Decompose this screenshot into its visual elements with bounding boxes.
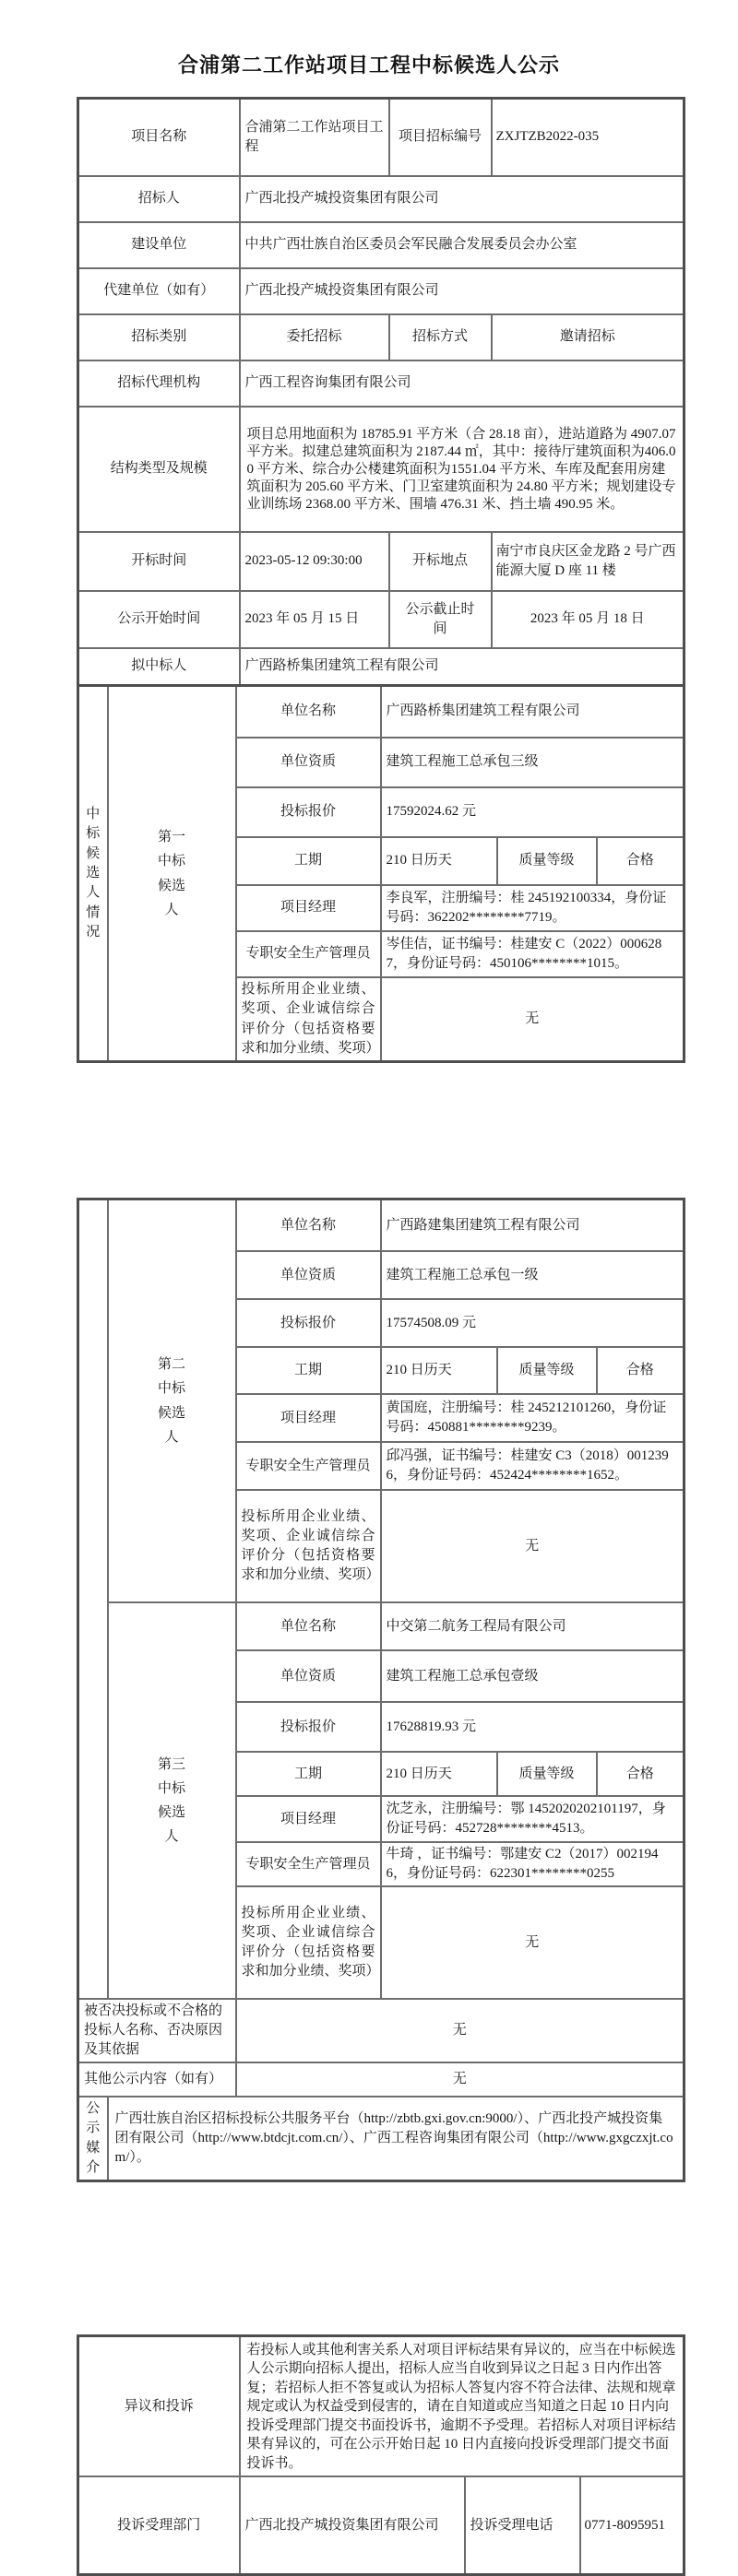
candidate-3-duration: 210 日历天 <box>381 1752 497 1796</box>
row-notice-dates: 公示开始时间 2023 年 05 月 15 日 公示截止时间 2023 年 05… <box>78 591 684 648</box>
candidate-1-pm: 李良军，注册编号：桂 245192100334，身份证号码：362202****… <box>381 885 684 931</box>
structure-value: 项目总用地面积为 18785.91 平方米（合 28.18 亩），进站道路为 4… <box>240 407 684 532</box>
candidate-2-unit-name: 广西路建集团建筑工程有限公司 <box>381 1199 684 1252</box>
page-title: 合浦第二工作站项目工程中标候选人公示 <box>0 0 738 78</box>
notice-start-label: 公示开始时间 <box>78 591 240 648</box>
candidate-1-unit-qual: 建筑工程施工总承包三级 <box>381 738 684 787</box>
unit-name-label: 单位名称 <box>236 1602 381 1650</box>
proposed-winner-value: 广西路桥集团建筑工程有限公司 <box>240 648 684 686</box>
other-content-label: 其他公示内容（如有） <box>78 2062 236 2097</box>
complaint-row: 投诉受理部门 广西北投产城投资集团有限公司 投诉受理电话 0771-809595… <box>78 2476 684 2575</box>
candidate-2-rank: 第二中标候选人 <box>108 1199 236 1603</box>
agent-value: 广西北投产城投资集团有限公司 <box>240 268 684 314</box>
candidate-2-safety: 邱冯强，证书编号：桂建安 C3（2018）0012396，身份证号码：45242… <box>381 1442 684 1490</box>
builder-label: 建设单位 <box>78 222 240 268</box>
quality-label: 质量等级 <box>497 837 597 885</box>
candidate-2-bid-price: 17574508.09 元 <box>381 1299 684 1347</box>
safety-officer-label: 专职安全生产管理员 <box>236 931 381 977</box>
candidates-section-column <box>78 1199 108 2000</box>
agency-label: 招标代理机构 <box>78 360 240 407</box>
agent-label: 代建单位（如有） <box>78 268 240 314</box>
open-place-label: 开标地点 <box>389 532 492 591</box>
row-structure: 结构类型及规模 项目总用地面积为 18785.91 平方米（合 28.18 亩）… <box>78 407 684 532</box>
performance-label: 投标所用企业业绩、奖项、企业诚信综合评价分（包括资格要求和加分业绩、奖项） <box>236 1886 381 1999</box>
duration-label: 工期 <box>236 1347 381 1394</box>
tenderer-label: 招标人 <box>78 176 240 222</box>
objection-value: 若投标人或其他利害关系人对项目评标结果有异议的，应当在中标候选人公示期向招标人提… <box>240 2336 684 2477</box>
bid-code-label: 项目招标编号 <box>389 99 492 177</box>
duration-label: 工期 <box>236 837 381 885</box>
proposed-winner-label: 拟中标人 <box>78 648 240 686</box>
row-proposed-winner: 拟中标人 广西路桥集团建筑工程有限公司 <box>78 648 684 686</box>
candidates-2-3-table: 第二中标候选人 单位名称 广西路建集团建筑工程有限公司 单位资质 建筑工程施工总… <box>77 1198 685 2182</box>
complaint-phone-label: 投诉受理电话 <box>465 2476 580 2575</box>
project-name-value: 合浦第二工作站项目工程 <box>240 99 389 177</box>
candidate-3-unit-qual: 建筑工程施工总承包壹级 <box>381 1650 684 1702</box>
candidate-3-bid-price: 17628819.93 元 <box>381 1702 684 1752</box>
notice-start-value: 2023 年 05 月 15 日 <box>240 591 389 648</box>
candidate-1-unit-name-row: 中标候选人情况 第一中标候选人 单位名称 广西路桥集团建筑工程有限公司 <box>78 686 684 739</box>
complaint-dept-value: 广西北投产城投资集团有限公司 <box>240 2476 465 2575</box>
unit-qual-label: 单位资质 <box>236 1251 381 1299</box>
unit-name-label: 单位名称 <box>236 686 381 739</box>
quality-label: 质量等级 <box>497 1752 597 1796</box>
duration-label: 工期 <box>236 1752 381 1796</box>
notice-page: 合浦第二工作站项目工程中标候选人公示 项目名称 合浦第二工作站项目工程 项目招标… <box>0 0 738 2576</box>
media-value: 广西壮族自治区招标投标公共服务平台（http://zbtb.gxi.gov.cn… <box>108 2097 684 2181</box>
candidate-3-pm: 沈芝永，注册编号：鄂 1452020202101197，身份证号码：452728… <box>381 1796 684 1842</box>
unit-name-label: 单位名称 <box>236 1199 381 1252</box>
performance-label: 投标所用企业业绩、奖项、企业诚信综合评价分（包括资格要求和加分业绩、奖项） <box>236 977 381 1062</box>
open-place-value: 南宁市良庆区金龙路 2 号广西能源大厦 D 座 11 楼 <box>492 532 684 591</box>
unit-qual-label: 单位资质 <box>236 1650 381 1702</box>
candidate-2-unit-qual: 建筑工程施工总承包一级 <box>381 1251 684 1299</box>
method-label: 招标方式 <box>389 314 492 360</box>
candidate-1-rank: 第一中标候选人 <box>108 686 236 1062</box>
candidate-1-performance: 无 <box>381 977 684 1062</box>
row-agent: 代建单位（如有） 广西北投产城投资集团有限公司 <box>78 268 684 314</box>
performance-label: 投标所用企业业绩、奖项、企业诚信综合评价分（包括资格要求和加分业绩、奖项） <box>236 1490 381 1602</box>
pm-label: 项目经理 <box>236 1796 381 1842</box>
structure-label: 结构类型及规模 <box>78 407 240 532</box>
candidate-3-unit-name-row: 第三中标候选人 单位名称 中交第二航务工程局有限公司 <box>78 1602 684 1650</box>
unit-qual-label: 单位资质 <box>236 738 381 787</box>
candidate-1-quality: 合格 <box>597 837 684 885</box>
open-time-value: 2023-05-12 09:30:00 <box>240 532 389 591</box>
row-open-time: 开标时间 2023-05-12 09:30:00 开标地点 南宁市良庆区金龙路 … <box>78 532 684 591</box>
candidates-section-label: 中标候选人情况 <box>78 686 108 1062</box>
candidate-2-duration: 210 日历天 <box>381 1347 497 1394</box>
rejected-bidders-row: 被否决投标或不合格的投标人名称、否决原因及其依据 无 <box>78 1999 684 2062</box>
safety-officer-label: 专职安全生产管理员 <box>236 1842 381 1886</box>
candidate-2-quality: 合格 <box>597 1347 684 1394</box>
candidate-1-table: 中标候选人情况 第一中标候选人 单位名称 广西路桥集团建筑工程有限公司 单位资质… <box>77 684 685 1063</box>
row-builder: 建设单位 中共广西壮族自治区委员会军民融合发展委员会办公室 <box>78 222 684 268</box>
quality-label: 质量等级 <box>497 1347 597 1394</box>
candidate-2-unit-name-row: 第二中标候选人 单位名称 广西路建集团建筑工程有限公司 <box>78 1199 684 1252</box>
bid-price-label: 投标报价 <box>236 1702 381 1752</box>
row-agency: 招标代理机构 广西工程咨询集团有限公司 <box>78 360 684 407</box>
objection-row: 异议和投诉 若投标人或其他利害关系人对项目评标结果有异议的，应当在中标候选人公示… <box>78 2336 684 2477</box>
category-value: 委托招标 <box>240 314 389 360</box>
other-content-value: 无 <box>236 2062 684 2097</box>
row-project-name: 项目名称 合浦第二工作站项目工程 项目招标编号 ZXJTZB2022-035 <box>78 99 684 177</box>
category-label: 招标类别 <box>78 314 240 360</box>
other-content-row: 其他公示内容（如有） 无 <box>78 2062 684 2097</box>
candidate-3-unit-name: 中交第二航务工程局有限公司 <box>381 1602 684 1650</box>
bid-code-value: ZXJTZB2022-035 <box>492 99 684 177</box>
candidate-3-rank: 第三中标候选人 <box>108 1602 236 1999</box>
bid-price-label: 投标报价 <box>236 1299 381 1347</box>
complaint-dept-label: 投诉受理部门 <box>78 2476 240 2575</box>
row-tenderer: 招标人 广西北投产城投资集团有限公司 <box>78 176 684 222</box>
method-value: 邀请招标 <box>492 314 684 360</box>
builder-value: 中共广西壮族自治区委员会军民融合发展委员会办公室 <box>240 222 684 268</box>
candidate-2-pm: 黄国庭，注册编号：桂 245212101260，身份证号码：450881****… <box>381 1394 684 1442</box>
candidate-3-safety: 牛琦 ，证书编号：鄂建安 C2（2017）0021946，身份证号码：62230… <box>381 1842 684 1886</box>
objection-table: 异议和投诉 若投标人或其他利害关系人对项目评标结果有异议的，应当在中标候选人公示… <box>77 2334 685 2576</box>
candidate-1-safety: 岑佳佶，证书编号：桂建安 C（2022）0006287，身份证号码：450106… <box>381 931 684 977</box>
row-category: 招标类别 委托招标 招标方式 邀请招标 <box>78 314 684 360</box>
notice-end-value: 2023 年 05 月 18 日 <box>492 591 684 648</box>
media-label: 公示媒介 <box>78 2097 108 2181</box>
candidate-1-duration: 210 日历天 <box>381 837 497 885</box>
notice-end-label: 公示截止时间 <box>389 591 492 648</box>
objection-label: 异议和投诉 <box>78 2336 240 2477</box>
rejected-bidders-label: 被否决投标或不合格的投标人名称、否决原因及其依据 <box>78 1999 236 2062</box>
candidate-1-bid-price: 17592024.62 元 <box>381 787 684 837</box>
open-time-label: 开标时间 <box>78 532 240 591</box>
rejected-bidders-value: 无 <box>236 1999 684 2062</box>
pm-label: 项目经理 <box>236 885 381 931</box>
project-info-table: 项目名称 合浦第二工作站项目工程 项目招标编号 ZXJTZB2022-035 招… <box>77 97 685 687</box>
candidate-2-performance: 无 <box>381 1490 684 1602</box>
candidate-3-quality: 合格 <box>597 1752 684 1796</box>
bid-price-label: 投标报价 <box>236 787 381 837</box>
agency-value: 广西工程咨询集团有限公司 <box>240 360 684 407</box>
candidate-3-performance: 无 <box>381 1886 684 1999</box>
candidate-1-unit-name: 广西路桥集团建筑工程有限公司 <box>381 686 684 739</box>
project-name-label: 项目名称 <box>78 99 240 177</box>
tenderer-value: 广西北投产城投资集团有限公司 <box>240 176 684 222</box>
media-row: 公示媒介 广西壮族自治区招标投标公共服务平台（http://zbtb.gxi.g… <box>78 2097 684 2181</box>
safety-officer-label: 专职安全生产管理员 <box>236 1442 381 1490</box>
pm-label: 项目经理 <box>236 1394 381 1442</box>
complaint-phone-value: 0771-8095951 <box>580 2476 684 2575</box>
